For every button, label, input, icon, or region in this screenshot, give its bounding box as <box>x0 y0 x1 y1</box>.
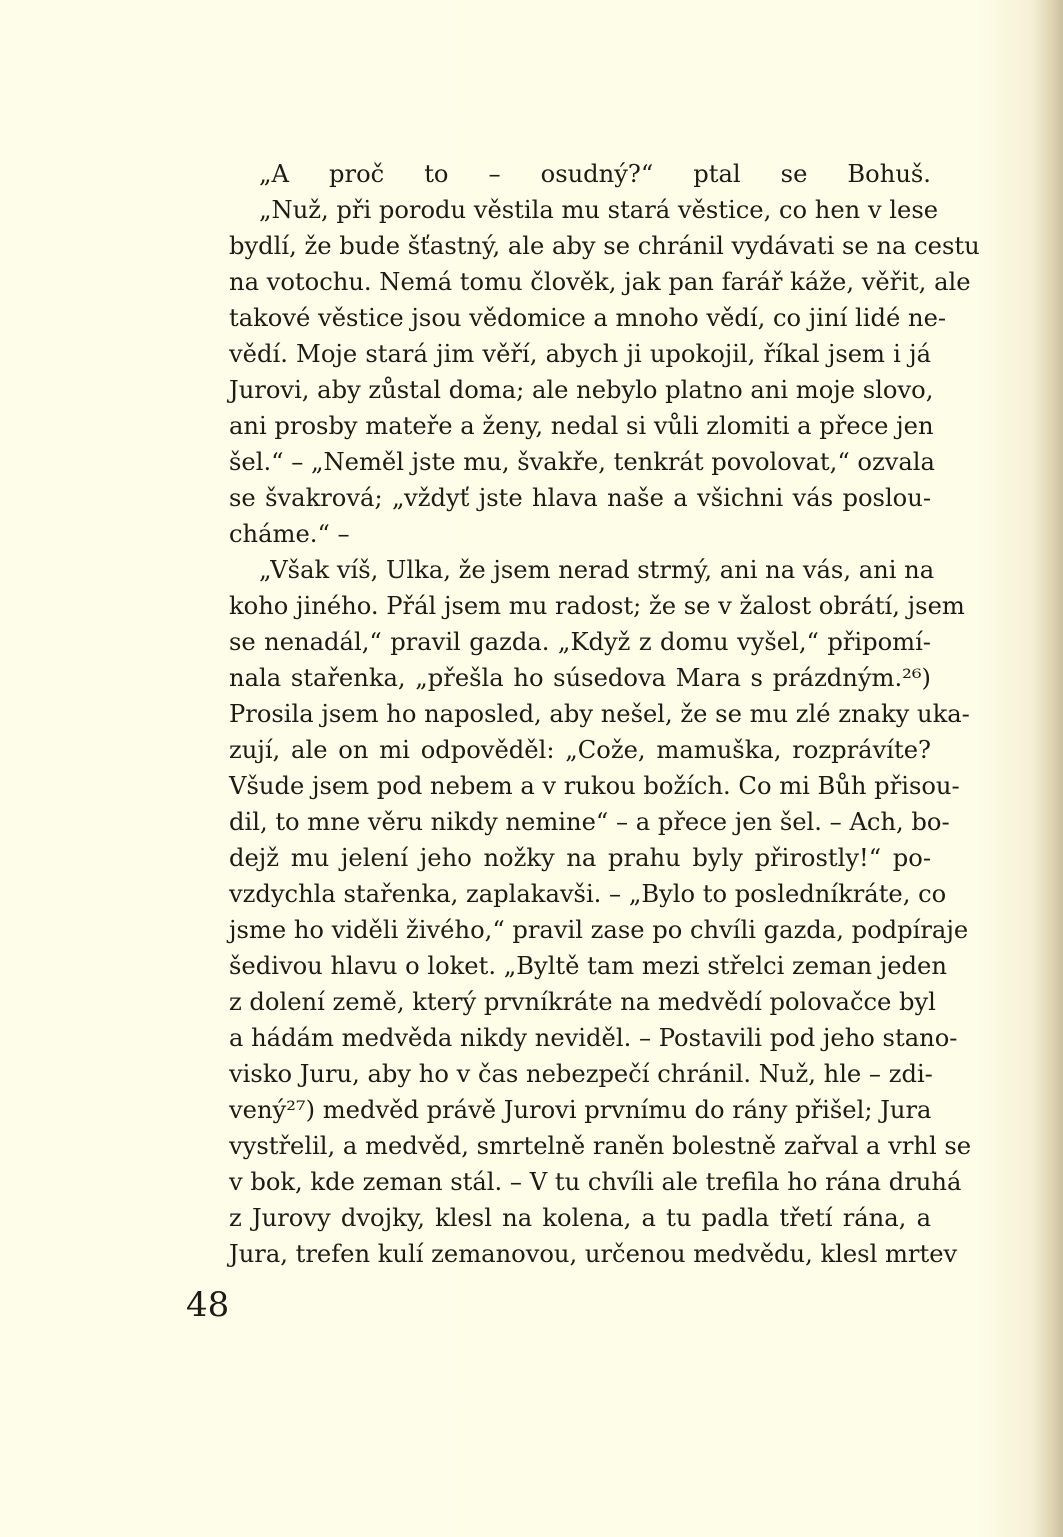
book-page: „A proč to – osudný?“ ptal se Bohuš. „Nu… <box>0 0 1063 1537</box>
text-line: z Jurovy dvojky, klesl na kolena, a tu p… <box>229 1200 931 1236</box>
text-line: ani prosby mateře a ženy, nedal si vůli … <box>229 408 931 444</box>
text-line: takové věstice jsou vědomice a mnoho věd… <box>229 300 931 336</box>
text-line: na votochu. Nemá tomu člověk, jak pan fa… <box>229 264 931 300</box>
text-line: nala stařenka, „přešla ho súsedova Mara … <box>229 660 931 696</box>
text-line: jsme ho viděli živého,“ pravil zase po c… <box>229 912 931 948</box>
text-line: vený²⁷) medvěd právě Jurovi prvnímu do r… <box>229 1092 931 1128</box>
text-line: šel.“ – „Neměl jste mu, švakře, tenkrát … <box>229 444 931 480</box>
text-line: bydlí, že bude šťastný, ale aby se chrán… <box>229 228 931 264</box>
text-line: se nenadál,“ pravil gazda. „Když z domu … <box>229 624 931 660</box>
text-line: Jura, trefen kulí zemanovou, určenou med… <box>229 1236 931 1272</box>
text-line: koho jiného. Přál jsem mu radost; že se … <box>229 588 931 624</box>
text-line: se švakrová; „vždyť jste hlava naše a vš… <box>229 480 931 516</box>
text-line: dil, to mne věru nikdy nemine“ – a přece… <box>229 804 931 840</box>
text-line: „Však víš, Ulka, že jsem nerad strmý, an… <box>229 552 931 588</box>
text-line: z dolení země, který prvníkráte na medvě… <box>229 984 931 1020</box>
text-line: šedivou hlavu o loket. „Byltě tam mezi s… <box>229 948 931 984</box>
text-line: a hádám medvěda nikdy neviděl. – Postavi… <box>229 1020 931 1056</box>
text-line: „A proč to – osudný?“ ptal se Bohuš. <box>229 156 931 192</box>
text-line: v bok, kde zeman stál. – V tu chvíli ale… <box>229 1164 931 1200</box>
text-line: vystřelil, a medvěd, smrtelně raněn bole… <box>229 1128 931 1164</box>
text-line: „Nuž, při porodu věstila mu stará věstic… <box>229 192 931 228</box>
text-line: cháme.“ – <box>229 516 931 552</box>
page-number: 48 <box>186 1285 229 1325</box>
text-line: Všude jsem pod nebem a v rukou božích. C… <box>229 768 931 804</box>
text-line: vzdychla stařenka, zaplakavši. – „Bylo t… <box>229 876 931 912</box>
text-line: vědí. Moje stará jim věří, abych ji upok… <box>229 336 931 372</box>
text-line: Jurovi, aby zůstal doma; ale nebylo plat… <box>229 372 931 408</box>
text-line: dejž mu jelení jeho nožky na prahu byly … <box>229 840 931 876</box>
text-line: visko Juru, aby ho v čas nebezpečí chrán… <box>229 1056 931 1092</box>
text-line: zují, ale on mi odpověděl: „Cože, mamušk… <box>229 732 931 768</box>
text-line: Prosila jsem ho naposled, aby nešel, že … <box>229 696 931 732</box>
